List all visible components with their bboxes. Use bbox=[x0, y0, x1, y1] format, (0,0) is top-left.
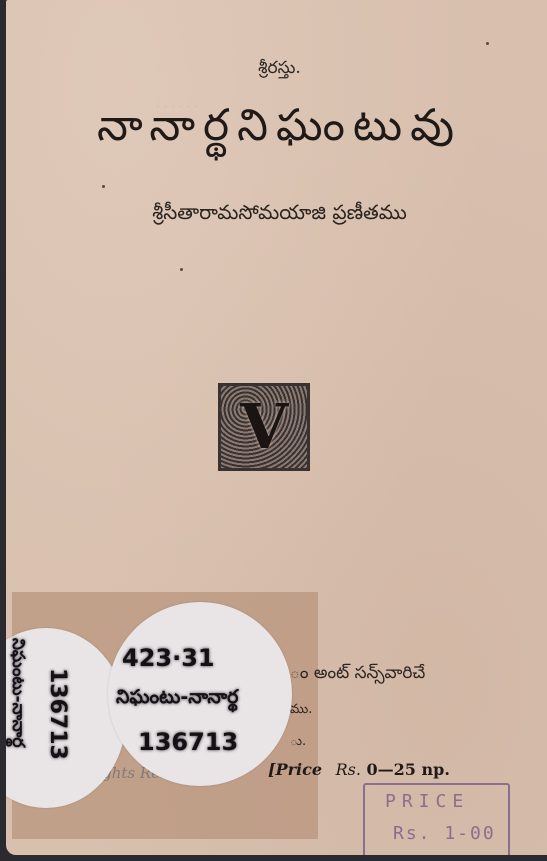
price-label: [Price bbox=[268, 760, 322, 779]
author-line: శ్రీసీతారామసోమయాజి ప్రణీతము bbox=[6, 200, 547, 229]
printed-price: [Price Rs. 0—25 np. bbox=[268, 760, 450, 779]
stamp-label: PRICE bbox=[385, 791, 469, 812]
price-amount: 0—25 np. bbox=[367, 760, 450, 779]
paper-speck bbox=[180, 268, 183, 271]
sticker-accession-number: 136713 bbox=[45, 668, 70, 760]
paper-speck bbox=[486, 42, 489, 45]
paper-speck bbox=[102, 185, 105, 188]
sticker-subject-text: నిఘంటు-నానార్థ bbox=[116, 686, 238, 713]
invocation-text: శ్రీరస్తు. bbox=[6, 58, 547, 82]
price-stamp: PRICE Rs. 1-00 bbox=[363, 783, 510, 855]
book-title: నానార్థనిఘంటువు bbox=[6, 100, 547, 162]
ornamental-emblem: V bbox=[218, 383, 310, 471]
book-cover: · · · · · · శ్రీరస్తు. నానార్థనిఘంటువు శ… bbox=[6, 0, 547, 855]
publisher-text-fragment: ు. bbox=[290, 734, 306, 752]
sticker-subject-text: నిఘంటు-నానార్థ bbox=[6, 638, 28, 747]
stamp-amount: Rs. 1-00 bbox=[393, 823, 496, 844]
sticker-accession-number: 136713 bbox=[138, 728, 238, 756]
price-currency: Rs. bbox=[336, 760, 361, 779]
emblem-letter: V bbox=[218, 383, 310, 471]
sticker-call-number: 423·31 bbox=[122, 644, 215, 672]
library-sticker-right: 423·31 నిఘంటు-నానార్థ 136713 bbox=[108, 602, 292, 786]
publisher-text-fragment: ం అంట్ సన్స్‌వారిచే bbox=[290, 663, 425, 687]
publisher-text-fragment: ము. bbox=[290, 702, 312, 720]
